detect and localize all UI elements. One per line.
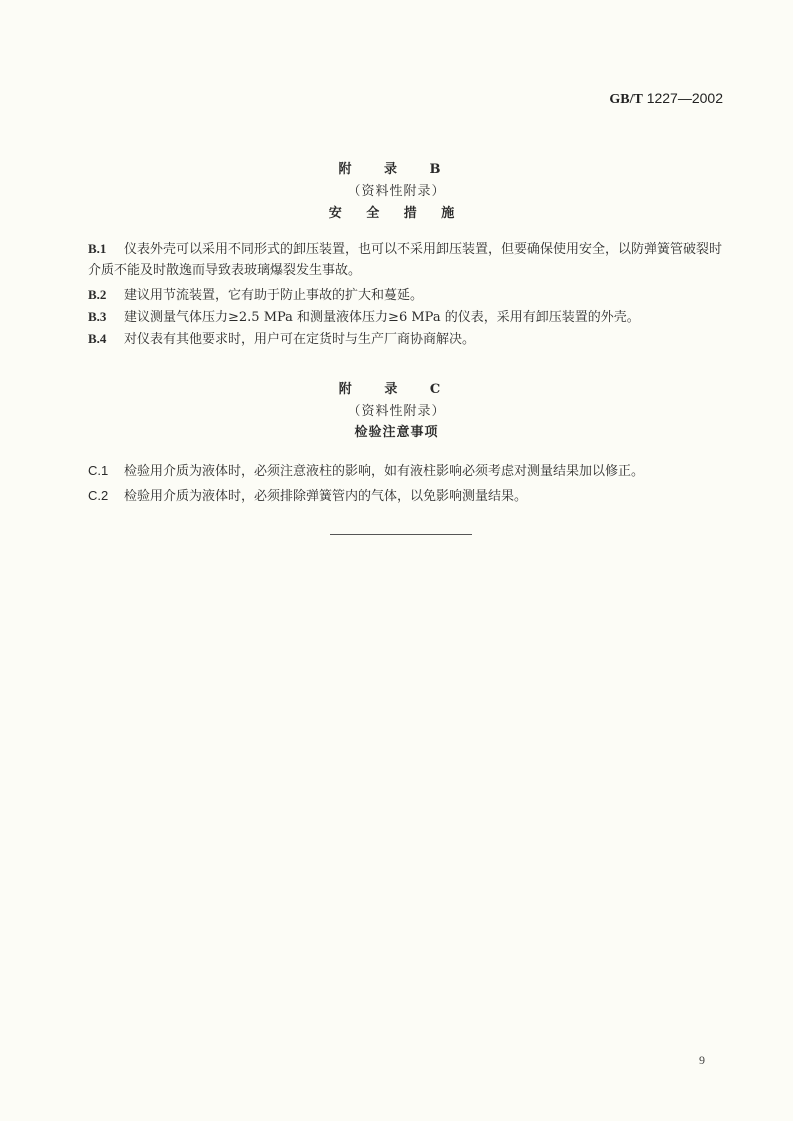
clause-number: C.2 [88,485,124,506]
clause-text: 对仪表有其他要求时，用户可在定货时与生产厂商协商解决。 [124,332,475,347]
annex-c-nature: （资料性附录） [0,400,793,419]
clause-c1: C.1检验用介质为液体时，必须注意液柱的影响，如有液柱影响必须考虑对测量结果加以… [88,460,728,482]
page-number: 9 [699,1053,705,1068]
end-rule [330,534,472,535]
clause-b4: B.4对仪表有其他要求时，用户可在定货时与生产厂商协商解决。 [88,328,728,350]
clause-text: 检验用介质为液体时，必须排除弹簧管内的气体，以免影响测量结果。 [124,489,527,504]
annex-b-title: 安 全 措 施 [0,202,793,221]
clause-number: C.1 [88,460,124,481]
annex-b-nature: （资料性附录） [0,180,793,199]
annex-c-label: 附 录 C [0,378,793,397]
standard-prefix: GB/T [609,92,642,107]
clause-b3: B.3建议测量气体压力≥2.5 MPa 和测量液体压力≥6 MPa 的仪表，采用… [88,306,728,328]
standard-number: GB/T 1227—2002 [609,90,723,108]
clause-text: 检验用介质为液体时，必须注意液柱的影响，如有液柱影响必须考虑对测量结果加以修正。 [124,464,644,479]
clause-c2: C.2检验用介质为液体时，必须排除弹簧管内的气体，以免影响测量结果。 [88,485,728,507]
clause-text: 建议测量气体压力≥2.5 MPa 和测量液体压力≥6 MPa 的仪表，采用有卸压… [124,310,640,325]
clause-b1: B.1仪表外壳可以采用不同形式的卸压装置，也可以不采用卸压装置，但要确保使用安全… [88,238,728,281]
clause-text: 仪表外壳可以采用不同形式的卸压装置，也可以不采用卸压装置，但要确保使用安全，以防… [88,242,722,278]
clause-number: B.2 [88,284,124,305]
clause-number: B.4 [88,328,124,349]
standard-code: 1227—2002 [647,90,723,106]
clause-number: B.3 [88,306,124,327]
annex-b-label: 附 录 B [0,158,793,177]
clause-b2: B.2建议用节流装置，它有助于防止事故的扩大和蔓延。 [88,284,728,306]
annex-c-title: 检验注意事项 [0,421,793,440]
clause-number: B.1 [88,238,124,259]
clause-text: 建议用节流装置，它有助于防止事故的扩大和蔓延。 [124,288,423,303]
